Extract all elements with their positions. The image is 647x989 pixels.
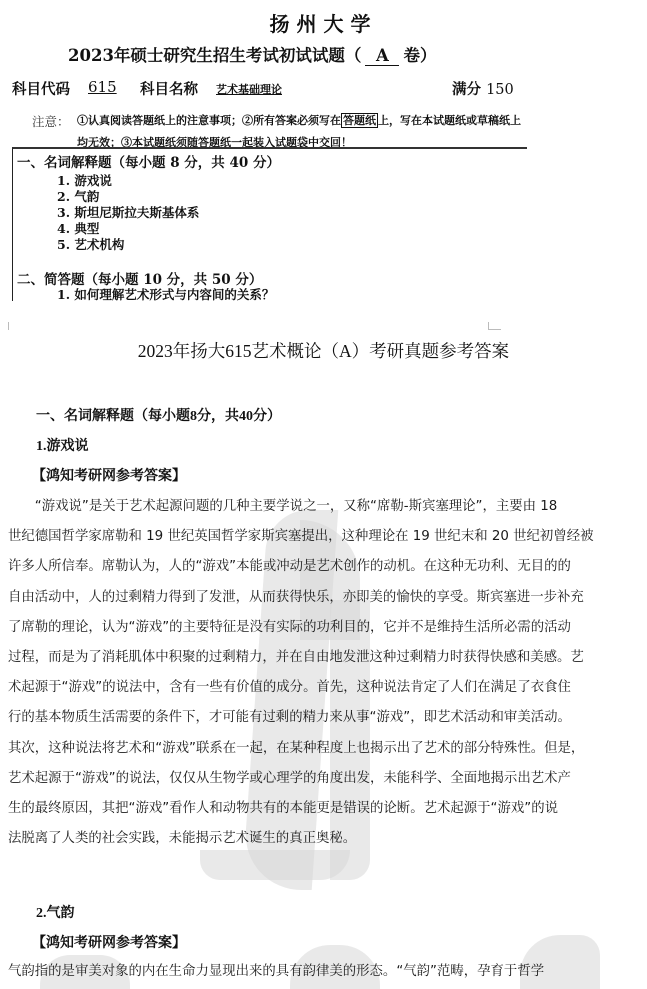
paragraph-line: 生的最终原因，其把“游戏”看作人和动物共有的本能更是错误的论断。艺术起源于“游戏… [8,794,490,824]
answer-section-heading: 一、名词解释题（每小题8分，共40分） [36,405,281,425]
answer-source-label: 【鸿知考研网参考答案】 [32,465,186,485]
notice-text: 上，写在本试题纸或草稿纸上 [378,114,521,127]
paragraph-line: 自由活动中，人的过剩精力得到了发泄，从而获得快乐，亦即美的愉快的享受。斯宾塞进一… [8,583,490,613]
notice-label: 注意： [32,112,70,130]
paragraph-line: 世纪德国哲学家席勒和 19 世纪英国哲学家斯宾塞提出，这种理论在 19 世纪末和… [8,522,490,552]
notice-line-1: ①认真阅读答题纸上的注意事项；②所有答案必须写在答题纸上，写在本试题纸或草稿纸上 [77,112,521,128]
paragraph-line: 艺术起源于“游戏”的说法，仅仅从生物学或心理学的角度出发，未能科学、全面地揭示出… [8,764,490,794]
paragraph-line: “游戏说”是关于艺术起源问题的几种主要学说之一，又称“席勒-斯宾塞理论”，主要由… [8,492,490,522]
subject-name-label: 科目名称 [140,78,198,99]
paragraph-line: 其次，这种说法将艺术和“游戏”联系在一起，在某种程度上也揭示出了艺术的部分特殊性… [8,734,490,764]
section-heading: 一、名词解释题（每小题 8 分，共 40 分） [17,151,280,171]
answer-paragraph: 气韵指的是审美对象的内在生命力显现出来的具有韵律美的形态。“气韵”范畴，孕育于哲… [8,957,490,987]
notice-text: ①认真阅读答题纸上的注意事项；②所有答案必须写在 [77,114,341,127]
paragraph-line: 过程，而是为了消耗肌体中积聚的过剩精力，并在自由地发泄这种过剩精力时获得快感和美… [8,643,490,673]
full-score: 满分 150 [452,78,514,99]
exam-title-prefix: 2023年硕士研究生招生考试初试试题（ [68,46,361,65]
question-item: 5. 艺术机构 [57,235,124,253]
subject-code-label: 科目代码 [12,78,70,99]
full-score-value: 150 [486,82,514,98]
university-name: 扬州大学 [0,8,647,37]
paragraph-line: 气韵指的是审美对象的内在生命力显现出来的具有韵律美的形态。“气韵”范畴，孕育于哲… [8,957,490,987]
exam-title: 2023年硕士研究生招生考试初试试题（A卷） [68,42,436,66]
full-score-label: 满分 [452,81,481,98]
answer-source-label: 【鸿知考研网参考答案】 [32,932,186,952]
paragraph-line: 许多人所信奉。席勒认为，人的“游戏”本能或冲动是艺术创作的动机。在这种无功利、无… [8,552,490,582]
crop-mark [8,322,9,330]
subject-name: 艺术基础理论 [216,81,282,97]
subject-code: 615 [88,78,117,96]
paragraph-line: 法脱离了人类的社会实践，未能揭示艺术诞生的真正奥秘。 [8,824,490,854]
paragraph-line: 行的基本物质生活需要的条件下，才可能有过剩的精力来从事“游戏”，即艺术活动和审美… [8,703,490,733]
exam-title-suffix: 卷） [403,46,436,65]
answer-term: 1.游戏说 [36,435,89,455]
answer-title: 2023年扬大615艺术概论（A）考研真题参考答案 [0,338,647,363]
answer-term: 2.气韵 [36,902,75,922]
question-item: 1. 如何理解艺术形式与内容间的关系？ [57,285,274,303]
paragraph-line: 了席勒的理论，认为“游戏”的主要特征是没有实际的功利目的，它并不是维持生活所必需… [8,613,490,643]
crop-mark [488,322,501,330]
questions-box: 一、名词解释题（每小题 8 分，共 40 分） 1. 游戏说 2. 气韵 3. … [12,147,527,301]
answer-paragraph: “游戏说”是关于艺术起源问题的几种主要学说之一，又称“席勒-斯宾塞理论”，主要由… [8,492,490,854]
answer-sheet-boxed: 答题纸 [341,113,378,128]
paragraph-line: 术起源于“游戏”的说法中，含有一些有价值的成分。首先，这种说法肯定了人们在满足了… [8,673,490,703]
paper-version: A [365,46,399,66]
